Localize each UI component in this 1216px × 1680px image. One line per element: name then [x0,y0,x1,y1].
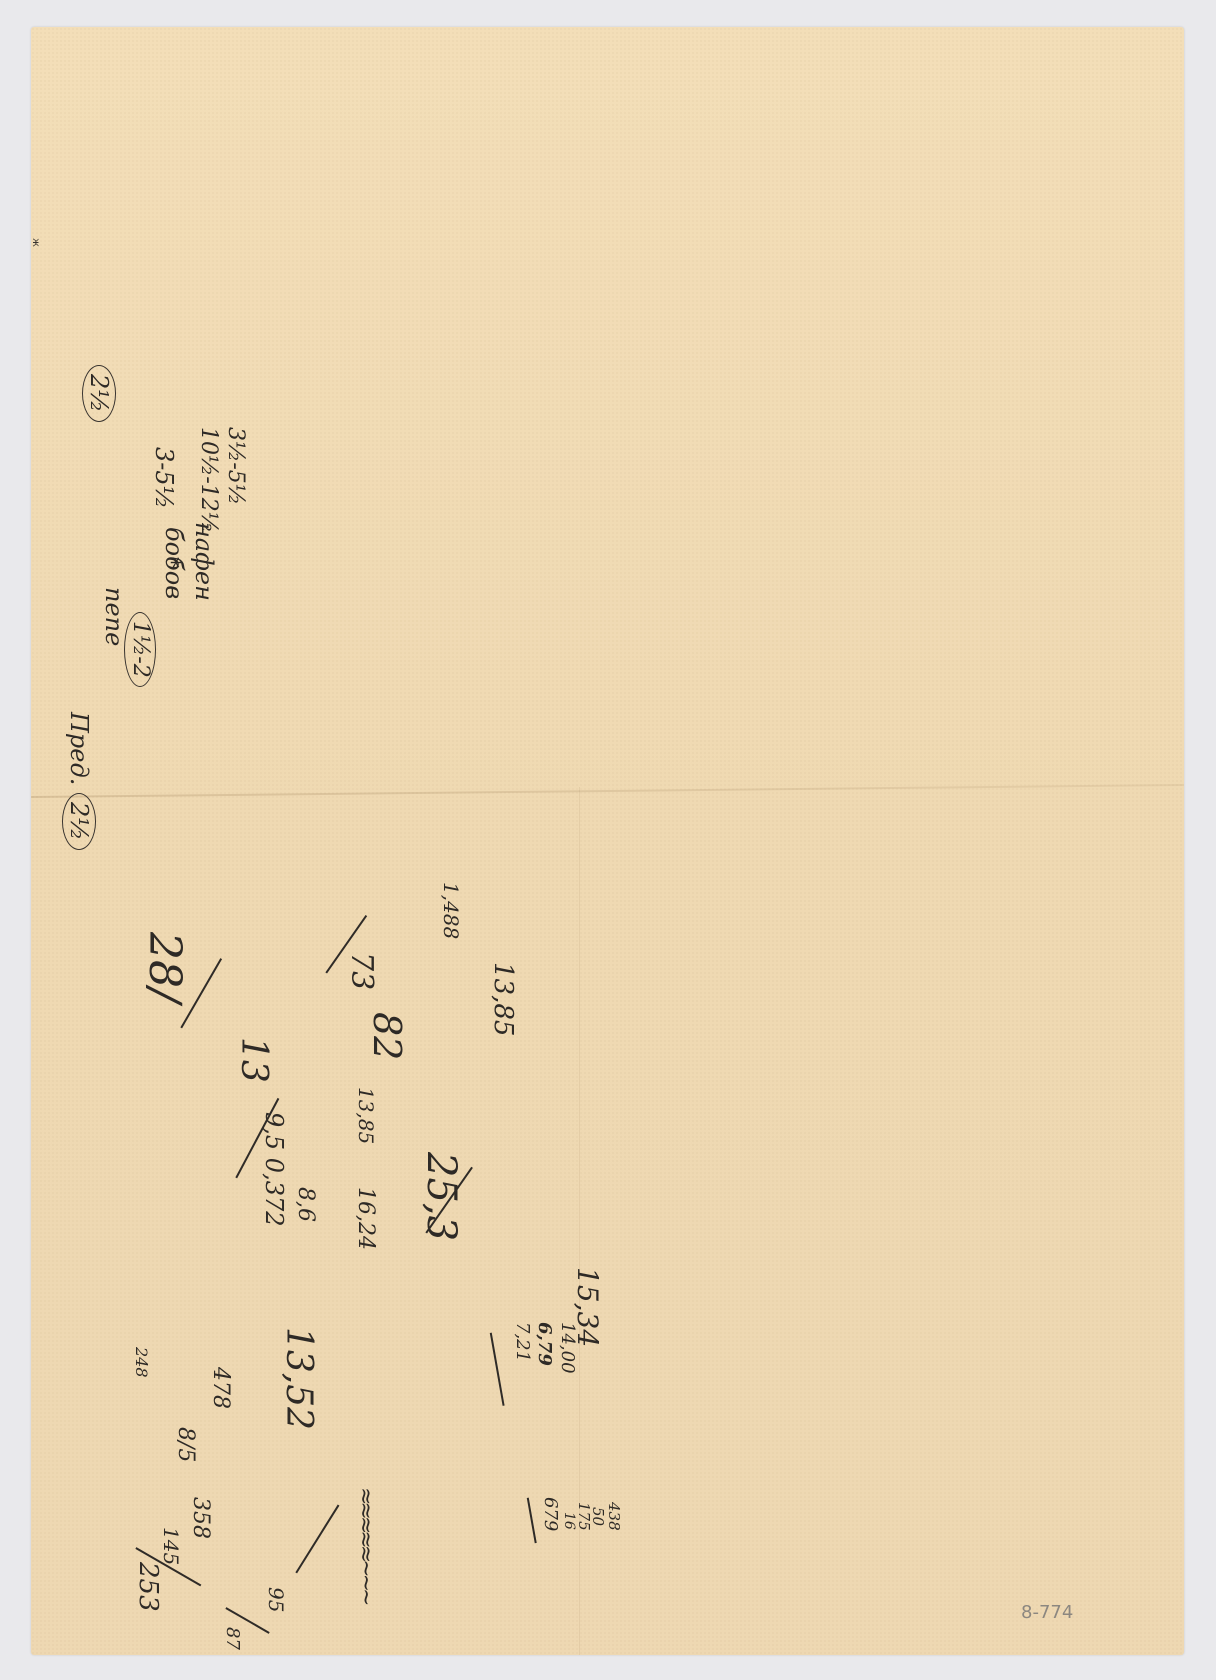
calc-13-85: 13,85 [356,1087,376,1144]
document-page: ж Пред. 2½ пепе 1½-2 бобов нафен * 3-5½ … [31,27,1184,1655]
calc-73-85: 13,85 [490,962,516,1036]
range-value-2: 10½-12½ [197,427,219,533]
label-pred: Пред. [65,712,93,785]
calc-9-5-0-372: 9,5 0,372 [262,1112,286,1227]
calc-73: 73 [346,952,376,990]
calc-95: 95 [266,1587,286,1612]
calc-6-79: 6,79 [535,1322,553,1366]
circled-value-1: 2½ [62,793,96,850]
calc-16-24: 16,24 [354,1187,376,1250]
calc-1488: 1,488 [441,882,461,939]
calc-438: 438 [606,1502,621,1531]
calc-253: 253 [135,1562,161,1612]
inventory-number: 8-774 [1021,1602,1073,1623]
calc-28: 28/ [142,932,186,1003]
note-word-2: нафен [192,522,216,601]
calc-14-00: 14,00 [558,1322,576,1374]
calc-175: 175 [576,1502,591,1531]
sum-line [490,1333,504,1406]
calc-7-21: 7,21 [513,1322,531,1362]
horizontal-fold-line [31,784,1184,798]
calc-478: 478 [209,1367,231,1409]
asterisk-mark: * [159,557,181,568]
circled-value-3-wrap: 2½ [82,365,116,422]
diagonal-stroke [295,1505,339,1574]
circled-value-2-wrap: 1½-2 [124,612,156,687]
calc-8-5: 8/5 [174,1427,196,1462]
margin-mark: ж [30,238,41,247]
wavy-lines: ≈≈≈≈≈~~~ [354,1487,376,1602]
calc-145: 145 [161,1527,181,1565]
calc-8-6: 8,6 [294,1187,316,1222]
calc-13-52: 13,52 [280,1327,316,1430]
calc-87: 87 [223,1627,241,1650]
calc-16: 16 [562,1512,576,1530]
calc-679: 679 [541,1497,559,1531]
range-value-1: 3-5½ [152,447,176,509]
circled-value-2: 1½-2 [124,612,156,687]
calc-13: 13 [235,1037,271,1083]
circled-value-3: 2½ [82,365,116,422]
range-value-3: 3½-5½ [224,427,246,505]
sum-line [527,1498,536,1544]
note-pred: Пред. 2½ [62,712,96,850]
calc-248: 248 [133,1347,149,1378]
note-pepe: пепе [102,587,126,646]
calc-358: 358 [189,1497,211,1539]
calc-82: 82 [368,1012,406,1060]
